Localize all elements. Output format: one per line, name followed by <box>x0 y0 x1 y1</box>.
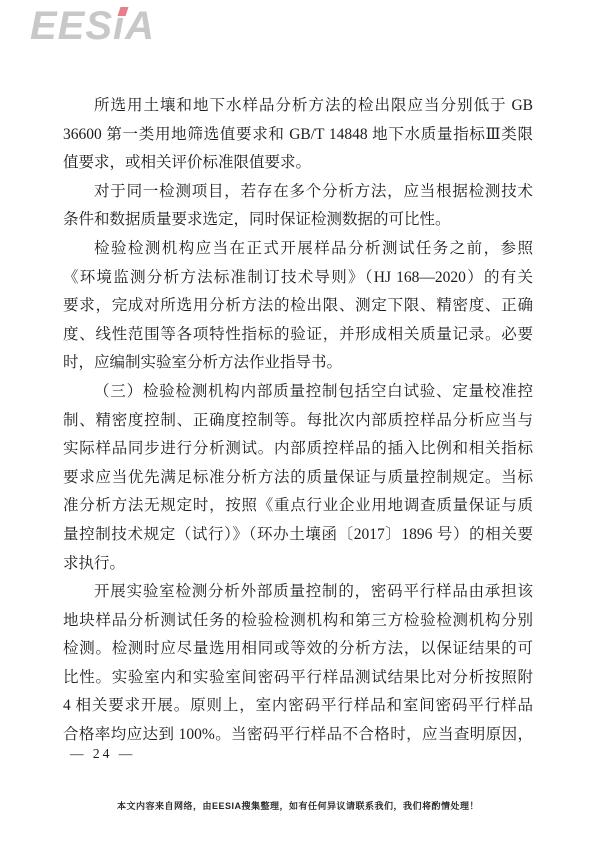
paragraph: 所选用土壤和地下水样品分析方法的检出限应当分别低于 GB 36600 第一类用地… <box>63 92 533 178</box>
text-line: 要求，完成对所选用分析方法的检出限、测定下限、精密度、正确 <box>63 292 533 321</box>
text-line: 准分析方法无规定时，按照《重点行业企业用地调查质量保证与质 <box>63 492 533 521</box>
logo-text-post: A <box>125 4 155 48</box>
text-line: 条件和数据质量要求选定，同时保证检测数据的可比性。 <box>63 206 533 235</box>
text-line: 地块样品分析测试任务的检验检测机构和第三方检验检测机构分别 <box>63 607 533 636</box>
text-line: 求执行。 <box>63 550 533 579</box>
text-line: 值要求，或相关评价标准限值要求。 <box>63 149 533 178</box>
page-number: — 24 — <box>70 746 135 762</box>
text-line: 要求应当优先满足标准分析方法的质量保证与质量控制规定。当标 <box>63 464 533 493</box>
text-line: 对于同一检测项目，若存在多个分析方法，应当根据检测技术 <box>63 178 533 207</box>
paragraph: 对于同一检测项目，若存在多个分析方法，应当根据检测技术 条件和数据质量要求选定，… <box>63 178 533 235</box>
text-line: （三）检验检测机构内部质量控制包括空白试验、定量校准控 <box>63 378 533 407</box>
eesia-logo: EESıA <box>30 4 155 48</box>
document-page: EESıA 所选用土壤和地下水样品分析方法的检出限应当分别低于 GB 36600… <box>0 0 596 842</box>
logo-letter-i: ı <box>113 4 125 48</box>
footer-disclaimer: 本文内容来自网络，由EESIA搜集整理，如有任何异议请联系我们，我们将酌情处理！ <box>0 799 596 812</box>
text-line: 时，应编制实验室分析方法作业指导书。 <box>63 349 533 378</box>
text-line: 检测。检测时应尽量选用相同或等效的分析方法，以保证结果的可 <box>63 635 533 664</box>
text-line: 比性。实验室内和实验室间密码平行样品测试结果比对分析按照附 <box>63 664 533 693</box>
text-line: 制、精密度控制、正确度控制等。每批次内部质控样品分析应当与 <box>63 407 533 436</box>
text-line: 《环境监测分析方法标准制订技术导则》（HJ 168—2020）的有关 <box>63 264 533 293</box>
document-body: 所选用土壤和地下水样品分析方法的检出限应当分别低于 GB 36600 第一类用地… <box>63 92 533 750</box>
text-line: 开展实验室检测分析外部质量控制的，密码平行样品由承担该 <box>63 578 533 607</box>
text-line: 检验检测机构应当在正式开展样品分析测试任务之前，参照 <box>63 235 533 264</box>
paragraph: 开展实验室检测分析外部质量控制的，密码平行样品由承担该 地块样品分析测试任务的检… <box>63 578 533 750</box>
paragraph: 检验检测机构应当在正式开展样品分析测试任务之前，参照 《环境监测分析方法标准制订… <box>63 235 533 378</box>
text-line: 4 相关要求开展。原则上，室内密码平行样品和室间密码平行样品 <box>63 692 533 721</box>
paragraph: （三）检验检测机构内部质量控制包括空白试验、定量校准控 制、精密度控制、正确度控… <box>63 378 533 578</box>
text-line: 度、线性范围等各项特性指标的验证，并形成相关质量记录。必要 <box>63 321 533 350</box>
text-line: 实际样品同步进行分析测试。内部质控样品的插入比例和相关指标 <box>63 435 533 464</box>
logo-text-pre: EES <box>30 4 113 48</box>
text-line: 所选用土壤和地下水样品分析方法的检出限应当分别低于 GB <box>63 92 533 121</box>
text-line: 36600 第一类用地筛选值要求和 GB/T 14848 地下水质量指标Ⅲ类限 <box>63 121 533 150</box>
text-line: 量控制技术规定（试行）》（环办土壤函〔2017〕1896 号）的相关要 <box>63 521 533 550</box>
